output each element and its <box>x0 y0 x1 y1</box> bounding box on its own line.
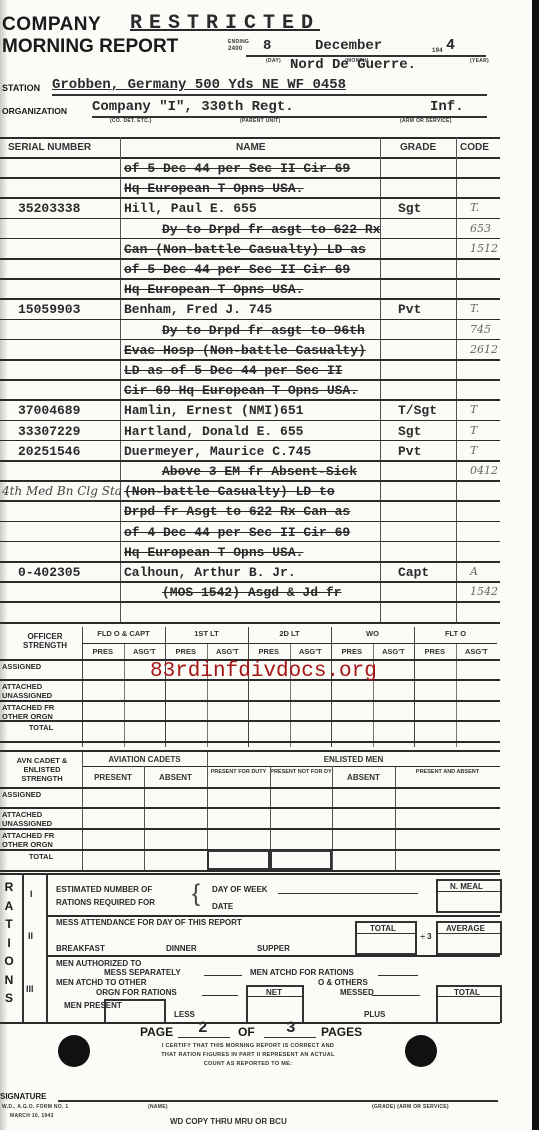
watermark: 83rdinfdivdocs.org <box>150 660 377 683</box>
row-rule <box>0 197 500 199</box>
code-annotation: 1542 <box>470 585 498 598</box>
report-month: December <box>315 38 382 54</box>
entry-text: of 5 Dec 44 per Sec II Cir 69 <box>124 161 350 176</box>
officer-subcol-header: PRES <box>82 647 124 656</box>
rations-divider-2 <box>46 873 48 1023</box>
certify-line-2: THAT RATION FIGURES IN PART II REPRESENT… <box>128 1052 368 1058</box>
date-label: DATE <box>212 902 233 911</box>
serial-number: 4th Med Bn Clg Sta <box>2 484 122 498</box>
row-rule <box>0 298 500 300</box>
rations-total-divider <box>438 996 500 997</box>
enlisted-col-header: ABSENT <box>332 773 395 782</box>
table-top-rule <box>0 137 500 139</box>
grid-line <box>0 807 500 809</box>
rations-side-letter: I <box>3 934 15 953</box>
no-meals-label: N. MEAL <box>450 882 483 891</box>
average-divider <box>438 933 500 934</box>
entry-text: Hill, Paul E. 655 <box>124 201 257 216</box>
org-caption-2: (PARENT UNIT) <box>240 118 280 124</box>
entry-text: Hq European T Opns USA. <box>124 181 303 196</box>
officer-subcol-header: PRES <box>165 647 207 656</box>
entry-text: Dy to Drpd fr asgt to 622 Rx <box>162 222 380 237</box>
men-atchd-field <box>378 975 418 976</box>
entry-text: Cir 69 Hq European T Opns USA. <box>124 383 358 398</box>
col-serial-number: SERIAL NUMBER <box>8 142 91 153</box>
grid-line <box>0 828 500 830</box>
name-caption: (NAME) <box>148 1104 168 1110</box>
col-code: CODE <box>460 142 489 153</box>
serial-number: 15059903 <box>18 302 80 317</box>
wd-copy-note: WD COPY THRU MRU OR BCU <box>170 1117 287 1126</box>
enlisted-col-header: PRESENT FOR DUTY <box>207 769 270 776</box>
grid-line <box>144 766 145 870</box>
code-annotation: 0412 <box>470 464 498 477</box>
entry-text: Dy to Drpd fr asgt to 96th <box>162 323 365 338</box>
officer-row-label: ATTACHED UNASSIGNED <box>2 682 80 700</box>
men-atchd-to-other-label: MEN ATCHD TO OTHER <box>56 978 147 987</box>
part1-text-b: RATIONS REQUIRED FOR <box>56 898 155 907</box>
form-date: MARCH 10, 1943 <box>10 1113 54 1119</box>
year-prefix: 194 <box>432 48 443 54</box>
row-rule <box>0 521 500 523</box>
rations-side-letter: R <box>3 878 15 897</box>
organization-arm: Inf. <box>430 99 464 115</box>
enlisted-men-header: ENLISTED MEN <box>207 755 500 764</box>
enlisted-row-label: ATTACHED FR OTHER ORGN <box>2 831 80 849</box>
grade: T/Sgt <box>398 403 437 418</box>
report-year: 4 <box>446 37 455 54</box>
mess-separately-field <box>204 975 242 976</box>
mess-total-divider <box>357 933 415 934</box>
officer-group-header: 1ST LT <box>165 629 248 638</box>
part1-number: I <box>30 890 33 899</box>
grid-line <box>0 870 500 872</box>
row-rule <box>0 339 500 341</box>
entry-text: Drpd fr Asgt to 622 Rx Can as <box>124 504 350 519</box>
form-number: W.D., A.G.O. FORM NO. 1 <box>2 1104 68 1110</box>
mess-attendance-label: MESS ATTENDANCE FOR DAY OF THIS REPORT <box>56 918 242 927</box>
grid-line <box>165 627 166 747</box>
row-rule <box>0 480 500 482</box>
officer-group-header: 2D LT <box>248 629 331 638</box>
entry-text: of 5 Dec 44 per Sec II Cir 69 <box>124 262 350 277</box>
grade: Capt <box>398 565 429 580</box>
entry-text: of 4 Dec 44 per Sec II Cir 69 <box>124 525 350 540</box>
row-rule <box>0 440 500 442</box>
entry-text: Hq European T Opns USA. <box>124 282 303 297</box>
grid-line <box>248 627 249 747</box>
code-annotation: 1512 <box>470 242 498 255</box>
enlisted-col-header: ABSENT <box>144 773 207 782</box>
binder-hole-right <box>405 1035 437 1067</box>
plus-label: PLUS <box>364 1010 385 1019</box>
header-bottom-rule <box>0 157 500 159</box>
day-caption: (DAY) <box>266 58 281 64</box>
row-rule <box>0 460 500 462</box>
rations-side-letter: O <box>3 952 15 971</box>
officer-row-label: TOTAL <box>2 723 80 732</box>
form-title-line2: MORNING REPORT <box>2 36 178 58</box>
row-rule <box>0 541 500 543</box>
o-others-label: O & OTHERS <box>318 978 368 987</box>
enlisted-col-header: PRESENT <box>82 773 144 782</box>
entry-text: Can (Non-battle Casualty) LD as <box>124 242 366 257</box>
part2-number: II <box>28 932 33 941</box>
mess-separately-label: MESS SEPARATELY <box>104 968 181 977</box>
enlisted-col-header: PRESENT AND ABSENT <box>395 769 500 776</box>
total-present-for-duty-box[interactable] <box>207 850 270 870</box>
men-authorized-label: MEN AUTHORIZED TO <box>56 959 141 968</box>
row-rule <box>0 218 500 220</box>
no-meals-divider <box>438 891 500 892</box>
code-annotation: T <box>470 424 477 437</box>
grade: Pvt <box>398 444 421 459</box>
certify-line-3: COUNT AS REPORTED TO ME: <box>128 1061 368 1067</box>
page-number: 2 <box>198 1019 208 1037</box>
grid-line <box>82 752 83 870</box>
row-rule <box>0 561 500 563</box>
certify-line-1: I CERTIFY THAT THIS MORNING REPORT IS CO… <box>128 1043 368 1049</box>
organization-value: Company "I", 330th Regt. <box>92 99 294 115</box>
day-of-week-field <box>278 893 418 894</box>
row-rule <box>0 399 500 401</box>
scan-edge-border <box>532 0 539 1130</box>
grid-line <box>82 643 497 644</box>
part1-text-a: ESTIMATED NUMBER OF <box>56 885 152 894</box>
code-annotation: T <box>470 444 477 457</box>
grade: Sgt <box>398 201 421 216</box>
pages-label: PAGES <box>321 1025 362 1039</box>
code-annotation: 653 <box>470 222 491 235</box>
officer-strength-title: OFFICER STRENGTH <box>10 632 80 650</box>
row-rule <box>0 258 500 260</box>
rations-top-rule <box>0 873 500 875</box>
grid-line <box>0 741 500 743</box>
dinner-label: DINNER <box>166 944 197 953</box>
report-day: 8 <box>263 38 271 54</box>
rations-bottom-rule <box>0 1022 500 1024</box>
part3-number: III <box>26 985 34 994</box>
station-underline <box>52 94 487 96</box>
officer-subcol-header: PRES <box>414 647 456 656</box>
binder-hole-left <box>58 1035 90 1067</box>
officer-subcol-header: ASG'T <box>207 647 249 656</box>
grid-line <box>82 627 83 747</box>
entry-text: Benham, Fred J. 745 <box>124 302 272 317</box>
entry-text: Hamlin, Ernest (NMI)651 <box>124 403 303 418</box>
officer-subcol-header: ASG'T <box>456 647 498 656</box>
station-label: STATION <box>2 83 40 93</box>
grade: Pvt <box>398 302 421 317</box>
location-note: Nord De Guerre. <box>290 57 416 73</box>
rations-side-letter: A <box>3 897 15 916</box>
signature-label: SIGNATURE <box>0 1092 47 1101</box>
classification-stamp: RESTRICTED <box>130 12 320 35</box>
serial-number: 20251546 <box>18 444 80 459</box>
col-name: NAME <box>236 142 265 153</box>
grid-line <box>0 700 500 702</box>
officer-subcol-header: ASG'T <box>373 647 415 656</box>
page-label: PAGE <box>140 1025 173 1039</box>
mess-total-label: TOTAL <box>370 924 396 933</box>
supper-label: SUPPER <box>257 944 290 953</box>
col-grade: GRADE <box>400 142 436 153</box>
page-total-underline <box>264 1037 316 1038</box>
grid-line <box>331 627 332 747</box>
serial-number: 35203338 <box>18 201 80 216</box>
serial-number: 37004689 <box>18 403 80 418</box>
ending-label: ENDING <box>228 39 249 45</box>
enlisted-col-header: PRESENT NOT FOR DY <box>270 769 332 776</box>
form-title-line1: COMPANY <box>2 14 101 36</box>
rations-side-letter: S <box>3 989 15 1008</box>
officer-row-label: ASSIGNED <box>2 662 80 671</box>
officer-group-header: FLD O & CAPT <box>82 629 165 638</box>
row-rule <box>0 359 500 361</box>
serial-number: 33307229 <box>18 424 80 439</box>
code-annotation: T <box>470 403 477 416</box>
row-rule <box>0 319 500 321</box>
entry-text: (Non-battle Casualty) LD to <box>124 484 335 499</box>
officer-row-label: ATTACHED FR OTHER ORGN <box>2 703 80 721</box>
enlisted-strength-title: AVN CADET & ENLISTED STRENGTH <box>4 756 80 783</box>
row-rule <box>0 500 500 502</box>
code-annotation: T. <box>470 302 479 315</box>
men-present-box[interactable] <box>104 999 166 1023</box>
code-annotation: A <box>470 565 478 578</box>
page-num-underline <box>178 1037 230 1038</box>
orgn-for-rations-label: ORGN FOR RATIONS <box>96 988 177 997</box>
row-rule <box>0 238 500 240</box>
enlisted-row-label: ASSIGNED <box>2 790 80 799</box>
entry-text: Hartland, Donald E. 655 <box>124 424 303 439</box>
entry-text: (MOS 1542) Asgd & Jd fr <box>162 585 341 600</box>
organization-label: ORGANIZATION <box>2 106 67 116</box>
ending-time: 2400 <box>228 46 243 52</box>
of-label: OF <box>238 1025 255 1039</box>
row-rule <box>0 177 500 179</box>
row-rule <box>0 420 500 422</box>
divide-by-three: ÷ 3 <box>420 932 432 941</box>
station-value: Grobben, Germany 500 Yds NE WF 0458 <box>52 77 346 93</box>
page-total: 3 <box>286 1019 296 1037</box>
officer-subcol-header: ASG'T <box>290 647 332 656</box>
grid-line <box>0 787 500 789</box>
officer-group-header: FLT O <box>414 629 497 638</box>
year-caption: (YEAR) <box>470 58 489 64</box>
row-rule <box>0 379 500 381</box>
entry-text: Duermeyer, Maurice C.745 <box>124 444 311 459</box>
org-caption-1: (CO. DET. ETC.) <box>110 118 152 124</box>
rations-divider-1 <box>22 873 24 1023</box>
officer-subcol-header: PRES <box>331 647 373 656</box>
men-atchd-for-rations-label: MEN ATCHD FOR RATIONS <box>250 968 354 977</box>
enlisted-row-label: ATTACHED UNASSIGNED <box>2 810 80 828</box>
rations-side-letter: T <box>3 915 15 934</box>
row-rule <box>0 581 500 583</box>
grid-line <box>332 766 333 870</box>
total-present-not-for-duty-box[interactable] <box>270 850 332 870</box>
officer-subcol-header: ASG'T <box>124 647 166 656</box>
row-rule <box>0 278 500 280</box>
code-annotation: 745 <box>470 323 491 336</box>
morning-report-page: COMPANY MORNING REPORT RESTRICTED ENDING… <box>0 0 539 1130</box>
grid-line <box>395 766 396 870</box>
aviation-cadets-header: AVIATION CADETS <box>82 755 207 764</box>
officer-group-header: WO <box>331 629 414 638</box>
table-bottom-rule <box>0 622 500 624</box>
average-label: AVERAGE <box>446 924 485 933</box>
entry-text: Evac Hosp (Non-battle Casualty) <box>124 343 366 358</box>
less-label: LESS <box>174 1010 195 1019</box>
grid-line <box>414 627 415 747</box>
breakfast-label: BREAKFAST <box>56 944 105 953</box>
entry-text: Hq European T Opns USA. <box>124 545 303 560</box>
serial-number: 0-402305 <box>18 565 80 580</box>
part1-bottom-rule <box>46 915 500 917</box>
entry-text: LD as of 5 Dec 44 per Sec II <box>124 363 342 378</box>
grade: Sgt <box>398 424 421 439</box>
entry-text: Above 3 EM fr Absent-Sick <box>162 464 357 479</box>
net-divider <box>248 996 302 997</box>
org-caption-3: (ARM OR SERVICE) <box>400 118 452 124</box>
messed-label: MESSED <box>340 988 374 997</box>
officer-subcol-header: PRES <box>248 647 290 656</box>
rations-side-label: RATIONS <box>3 878 15 1008</box>
rations-side-letter: N <box>3 971 15 990</box>
year-underline <box>444 55 486 57</box>
grade-caption: (GRADE) (ARM OR SERVICE) <box>372 1104 449 1110</box>
messed-field <box>372 995 420 996</box>
code-annotation: T. <box>470 201 479 214</box>
code-annotation: 2612 <box>470 343 498 356</box>
enlisted-row-label: TOTAL <box>2 852 80 861</box>
row-rule <box>0 601 500 603</box>
orgn-for-rations-field <box>202 995 238 996</box>
signature-line[interactable] <box>58 1100 498 1102</box>
brace-icon: { <box>192 880 200 908</box>
day-of-week-label: DAY OF WEEK <box>212 885 268 894</box>
part2-bottom-rule <box>46 955 500 957</box>
entry-text: Calhoun, Arthur B. Jr. <box>124 565 296 580</box>
grid-line <box>0 750 500 752</box>
